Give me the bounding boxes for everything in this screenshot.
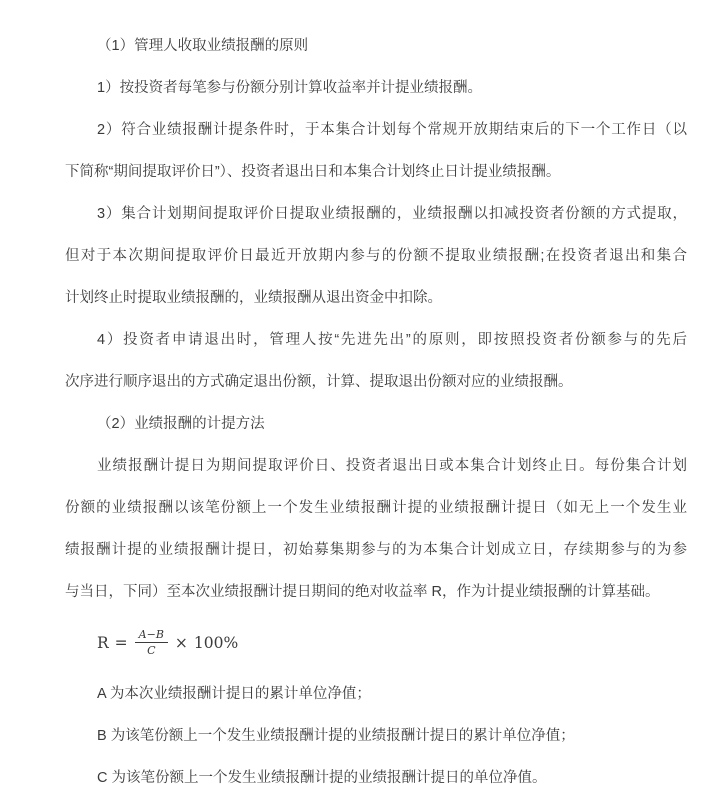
section1-item2-line1: 2）符合业绩报酬计提条件时，于本集合计划每个常规开放期结束后的下一个工作日（以 [65,109,687,151]
formula-equals-sign: = [115,634,128,652]
formula-numerator: A−B [135,628,168,643]
section1-item2-line2: 下简称“期间提取评价日”）、投资者退出日和本集合计划终止日计提业绩报酬。 [65,151,687,193]
formula-multiply-sign: × [175,634,188,652]
section1-item1-line1: 1）按投资者每笔参与份额分别计算收益率并计提业绩报酬。 [65,67,687,109]
definition-c: C 为该笔份额上一个发生业绩报酬计提的业绩报酬计提日的单位净值。 [65,757,687,795]
document-page: （1）管理人收取业绩报酬的原则 1）按投资者每笔参与份额分别计算收益率并计提业绩… [0,0,702,795]
section2-heading: （2）业绩报酬的计提方法 [65,403,687,445]
section1-item4-line2: 次序进行顺序退出的方式确定退出份额，计算、提取退出份额对应的业绩报酬。 [65,361,687,403]
formula-denominator: C [147,643,155,657]
section2-paragraph-line2: 份额的业绩报酬以该笔份额上一个发生业绩报酬计提的业绩报酬计提日（如无上一个发生业 [65,487,687,529]
section2-paragraph-line3: 绩报酬计提的业绩报酬计提日，初始募集期参与的为本集合计划成立日，存续期参与的为参 [65,529,687,571]
section1-item3-line3: 计划终止时提取业绩报酬的，业绩报酬从退出资金中扣除。 [65,277,687,319]
definition-b: B 为该笔份额上一个发生业绩报酬计提的业绩报酬计提日的累计单位净值； [65,715,687,757]
formula-variable-r: R [97,634,109,652]
section1-item3-line2: 但对于本次期间提取评价日最近开放期内参与的份额不提取业绩报酬;在投资者退出和集合 [65,235,687,277]
section2-paragraph-line1: 业绩报酬计提日为期间提取评价日、投资者退出日或本集合计划终止日。每份集合计划 [65,445,687,487]
definition-a: A 为本次业绩报酬计提日的累计单位净值； [65,673,687,715]
section1-item3-line1: 3）集合计划期间提取评价日提取业绩报酬的，业绩报酬以扣减投资者份额的方式提取， [65,193,687,235]
formula-percent-value: 100% [194,634,238,652]
section1-item4-line1: 4）投资者申请退出时，管理人按“先进先出”的原则，即按照投资者份额参与的先后 [65,319,687,361]
formula-fraction: A−B C [135,628,168,657]
section1-heading: （1）管理人收取业绩报酬的原则 [65,25,687,67]
section2-paragraph-line4: 与当日，下同）至本次业绩报酬计提日期间的绝对收益率 R，作为计提业绩报酬的计算基… [65,571,687,613]
formula-return-rate: R = A−B C × 100% [65,613,687,673]
